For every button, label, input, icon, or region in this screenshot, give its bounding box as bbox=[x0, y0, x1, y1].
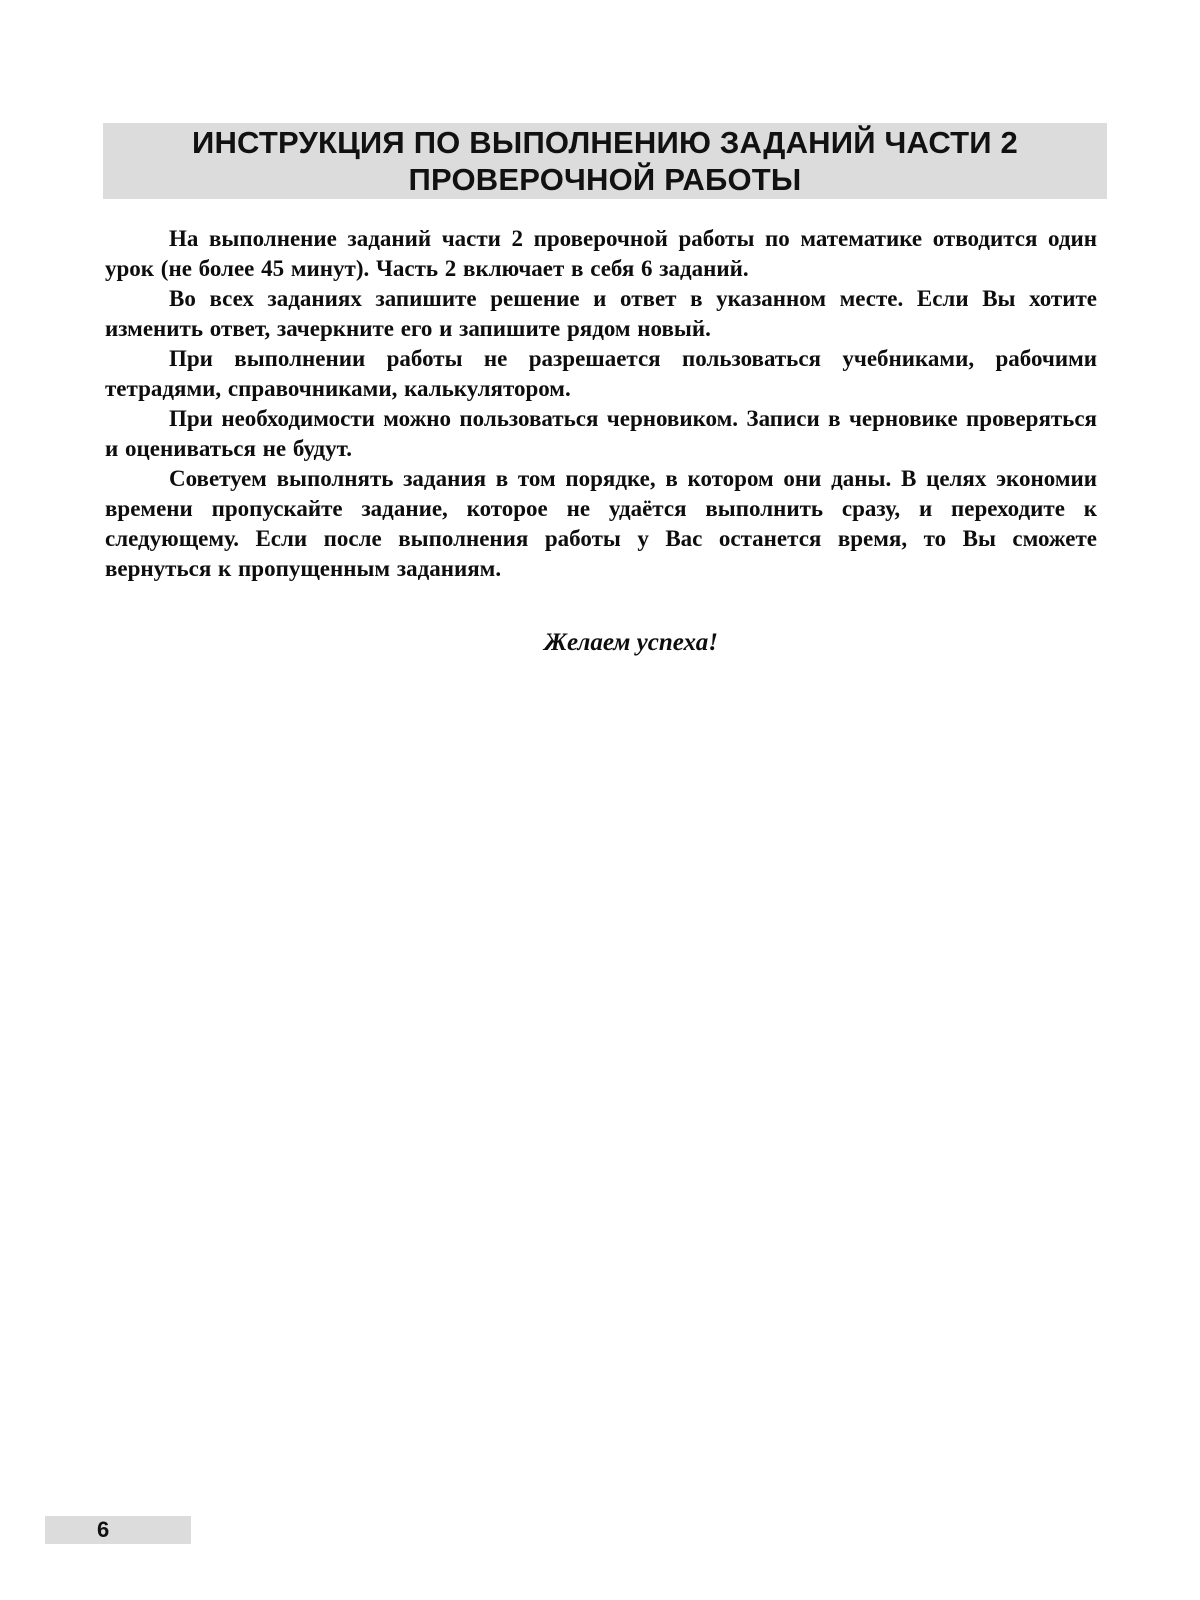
paragraph-task-order: Советуем выполнять задания в том порядке… bbox=[105, 464, 1097, 584]
title-banner: ИНСТРУКЦИЯ ПО ВЫПОЛНЕНИЮ ЗАДАНИЙ ЧАСТИ 2… bbox=[103, 123, 1107, 199]
paragraph-draft-paper: При необходимости можно пользоваться чер… bbox=[105, 404, 1097, 464]
title-line-1: ИНСТРУКЦИЯ ПО ВЫПОЛНЕНИЮ ЗАДАНИЙ ЧАСТИ 2 bbox=[192, 124, 1018, 161]
page-number-box: 6 bbox=[45, 1516, 191, 1544]
page-number: 6 bbox=[97, 1516, 109, 1544]
instructions-text: На выполнение заданий части 2 проверочно… bbox=[105, 224, 1097, 658]
closing-wish: Желаем успеха! bbox=[105, 628, 1097, 658]
title-line-2: ПРОВЕРОЧНОЙ РАБОТЫ bbox=[409, 161, 802, 198]
paragraph-prohibited-aids: При выполнении работы не разрешается пол… bbox=[105, 344, 1097, 404]
paragraph-timing: На выполнение заданий части 2 проверочно… bbox=[105, 224, 1097, 284]
scanned-book-page: { "header": { "line1": "ИНСТРУКЦИЯ ПО ВЫ… bbox=[0, 0, 1200, 1600]
paragraph-answers: Во всех заданиях запишите решение и отве… bbox=[105, 284, 1097, 344]
